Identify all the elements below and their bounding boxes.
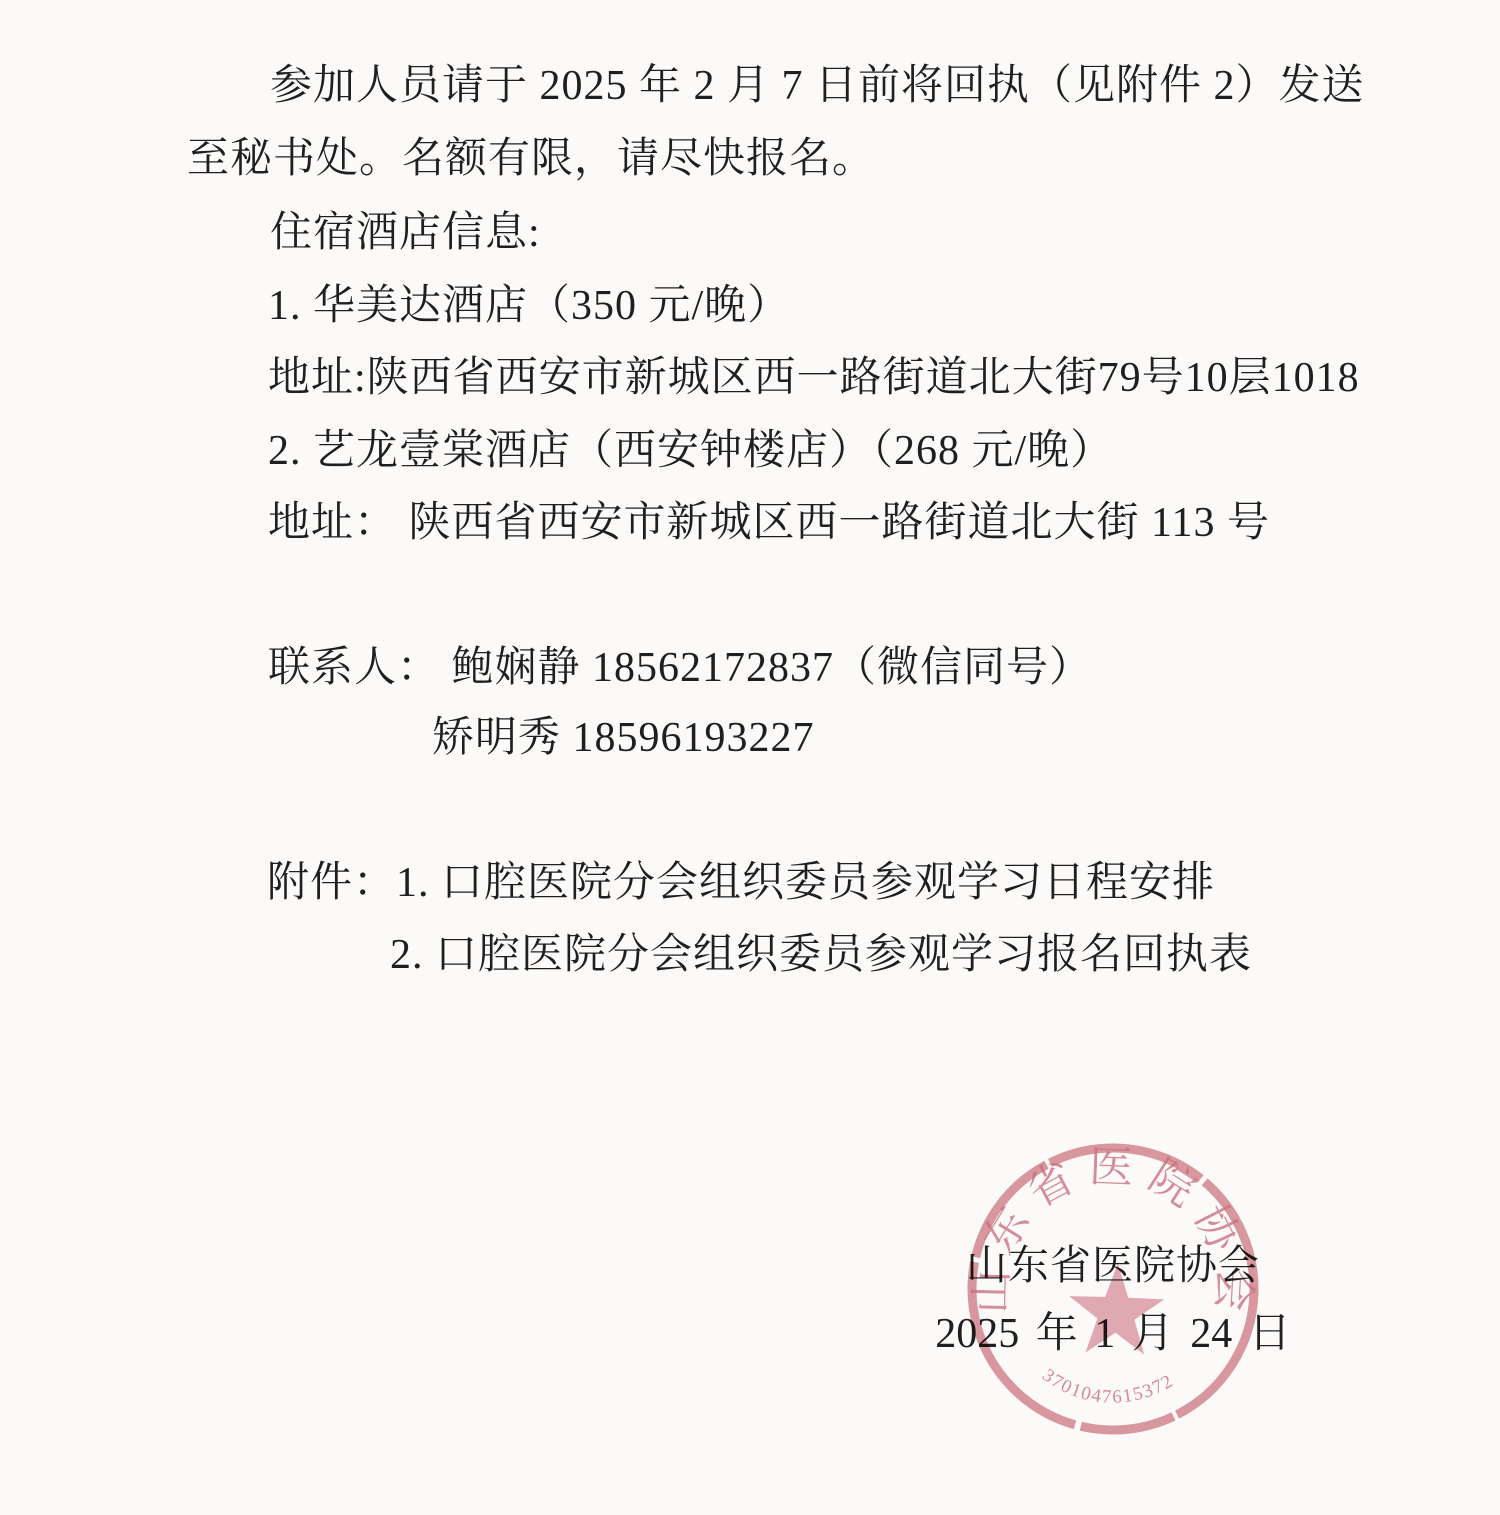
- body-line-10: 附件：1. 口腔医院分会组织委员参观学习日程安排: [267, 859, 1215, 907]
- document-page: 参加人员请于 2025 年 2 月 7 日前将回执（见附件 2）发送 至秘书处。…: [0, 0, 1500, 1515]
- signature-date: 2025 年 1 月 24 日: [932, 1300, 1294, 1360]
- body-line-9: 矫明秀 18596193227: [432, 714, 815, 762]
- body-line-5: 地址:陕西省西安市新城区西一路街道北大街79号10层1018: [268, 354, 1360, 402]
- body-line-4: 1. 华美达酒店（350 元/晚）: [268, 282, 790, 330]
- body-line-11: 2. 口腔医院分会组织委员参观学习报名回执表: [390, 931, 1252, 979]
- body-line-3: 住宿酒店信息:: [270, 209, 541, 257]
- body-line-7: 地址： 陕西省西安市新城区西一路街道北大街 113 号: [268, 499, 1270, 547]
- body-line-6: 2. 艺龙壹棠酒店（西安钟楼店）（268 元/晚）: [268, 427, 1113, 475]
- body-line-8: 联系人： 鲍娴静 18562172837（微信同号）: [268, 644, 1092, 692]
- body-line-2: 至秘书处。名额有限，请尽快报名。: [187, 135, 875, 183]
- body-line-1: 参加人员请于 2025 年 2 月 7 日前将回执（见附件 2）发送: [270, 62, 1365, 110]
- signature-org: 山东省医院协会: [932, 1232, 1294, 1291]
- seal-serial-number: 3701047615372: [1037, 1364, 1178, 1410]
